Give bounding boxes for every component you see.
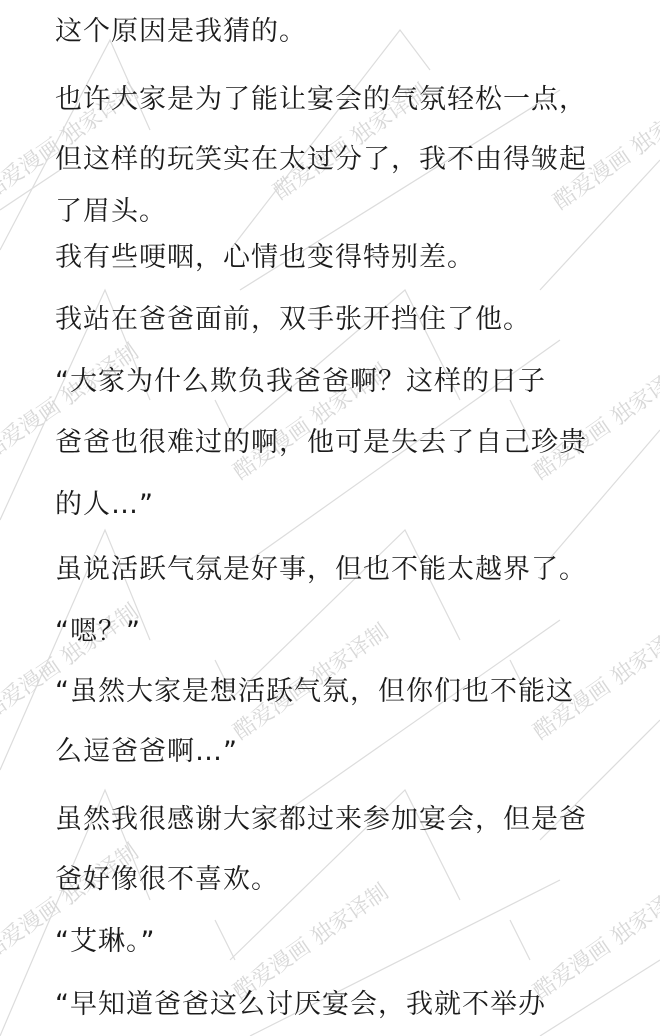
dialogue-line: 爸爸也很难过的啊，他可是失去了自己珍贵 — [55, 427, 587, 459]
text-line: 我有些哽咽，心情也变得特别差。 — [55, 242, 475, 274]
dialogue-line: 的人…” — [55, 489, 154, 521]
dialogue-line: “大家为什么欺负我爸爸啊？这样的日子 — [55, 366, 546, 398]
text-line: 爸好像很不喜欢。 — [55, 864, 279, 896]
dialogue-line: “嗯？” — [55, 616, 141, 648]
dialogue-line: “早知道爸爸这么讨厌宴会，我就不举办 — [55, 989, 546, 1021]
dialogue-line: “虽然大家是想活跃气氛，但你们也不能这 — [55, 676, 574, 708]
text-line: 虽然我很感谢大家都过来参加宴会，但是爸 — [55, 804, 587, 836]
text-line: 我站在爸爸面前，双手张开挡住了他。 — [55, 304, 531, 336]
text-line: 这个原因是我猜的。 — [55, 16, 307, 48]
text-line: 但这样的玩笑实在太过分了，我不由得皱起 — [55, 144, 587, 176]
text-line: 也许大家是为了能让宴会的气氛轻松一点， — [55, 84, 587, 116]
text-line: 了眉头。 — [55, 196, 167, 228]
story-text: 这个原因是我猜的。 也许大家是为了能让宴会的气氛轻松一点， 但这样的玩笑实在太过… — [0, 0, 660, 1036]
dialogue-line: 么逗爸爸啊…” — [55, 736, 238, 768]
dialogue-line: “艾琳。” — [55, 926, 155, 958]
text-line: 虽说活跃气氛是好事，但也不能太越界了。 — [55, 554, 587, 586]
